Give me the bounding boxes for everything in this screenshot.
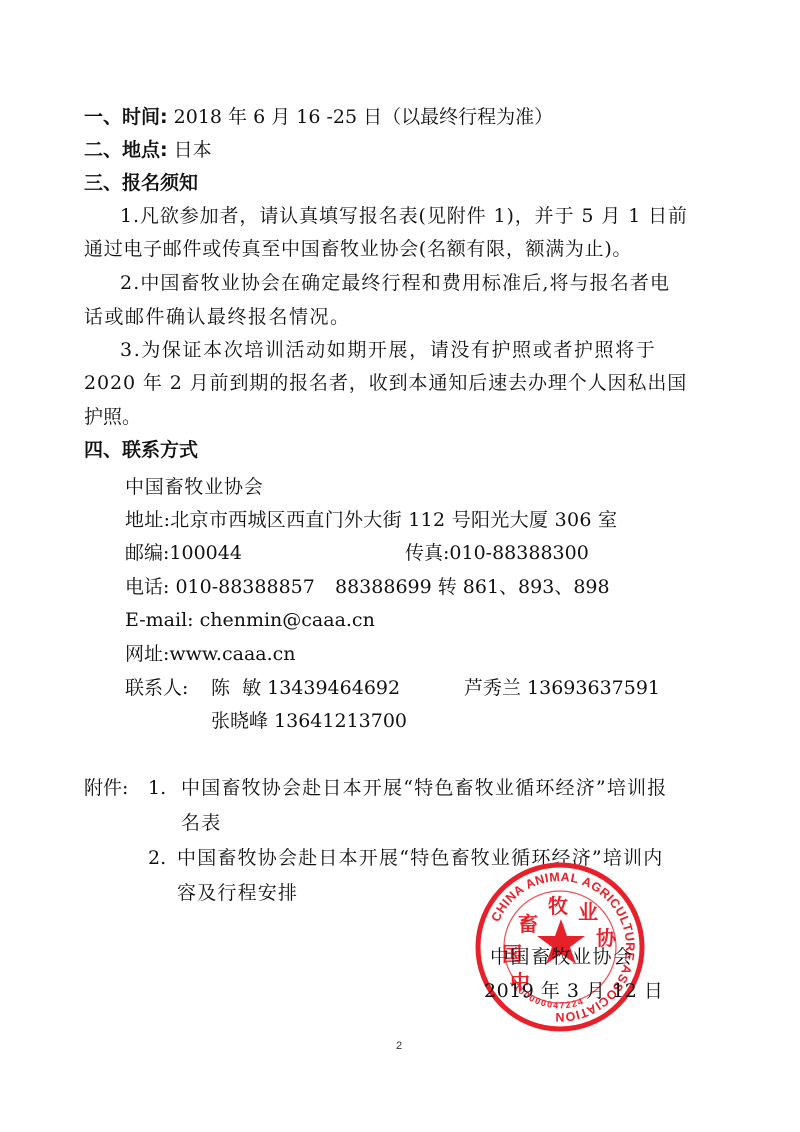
attachment-1-line-2: 名表 — [181, 811, 221, 835]
place-value: 日本 — [168, 139, 212, 161]
contact-address: 地址:北京市西城区西直门外大街 112 号阳光大厦 306 室 — [125, 508, 617, 532]
attachment-1-line-1: 中国畜牧协会赴日本开展“特色畜牧业循环经济”培训报 — [181, 776, 667, 800]
time-line: 一、时间: 2018 年 6 月 16 -25 日（以最终行程为准） — [84, 105, 553, 129]
registration-item-3-line-2: 2020 年 2 月前到期的报名者，收到本通知后速去办理个人因私出国 — [84, 371, 687, 395]
contact-org: 中国畜牧业协会 — [125, 475, 264, 499]
registration-item-3-line-1: 3.为保证本次培训活动如期开展，请没有护照或者护照将于 — [120, 338, 656, 362]
registration-heading: 三、报名须知 — [84, 171, 198, 195]
time-heading: 一、时间: — [84, 106, 168, 128]
registration-item-2-line-2: 话或邮件确认最终报名情况。 — [84, 305, 351, 329]
contact-person-3: 张晓峰 13641213700 — [211, 709, 407, 733]
registration-item-2-line-1: 2.中国畜牧业协会在确定最终行程和费用标准后,将与报名者电 — [120, 271, 670, 295]
signature-org: 中国畜牧业协会 — [490, 945, 634, 969]
attachments-label: 附件: — [84, 776, 128, 800]
contact-website[interactable]: 网址:www.caaa.cn — [125, 642, 296, 666]
registration-item-1-line-1: 1.凡欲参加者，请认真填写报名表(见附件 1)，并于 5 月 1 日前 — [120, 204, 688, 228]
contact-phone-ext: 88388699 转 861、893、898 — [335, 575, 610, 599]
contact-person-2: 芦秀兰 13693637591 — [464, 676, 660, 700]
time-value: 2018 年 6 月 16 -25 日（以最终行程为准） — [168, 106, 554, 128]
contact-fax: 传真:010-88388300 — [405, 541, 589, 565]
registration-item-1-line-2: 通过电子邮件或传真至中国畜牧业协会(名额有限，额满为止)。 — [84, 237, 632, 261]
contact-phone: 电话: 010-88388857 — [125, 575, 315, 599]
contact-person-1: 陈 敏 13439464692 — [211, 676, 400, 700]
contact-persons-label: 联系人: — [125, 676, 188, 700]
place-line: 二、地点: 日本 — [84, 138, 212, 162]
attachment-2-num: 2. — [148, 846, 166, 870]
attachment-2-line-2: 容及行程安排 — [177, 881, 298, 905]
contact-email[interactable]: E-mail: chenmin@caaa.cn — [125, 608, 375, 632]
page-number: 2 — [396, 1040, 402, 1052]
registration-item-3-line-3: 护照。 — [84, 405, 141, 429]
contact-heading: 四、联系方式 — [84, 438, 198, 462]
contact-postcode: 邮编:100044 — [125, 541, 242, 565]
attachment-1-num: 1. — [148, 776, 166, 800]
place-heading: 二、地点: — [84, 139, 168, 161]
signature-date: 2019 年 3 月 12 日 — [484, 979, 663, 1003]
